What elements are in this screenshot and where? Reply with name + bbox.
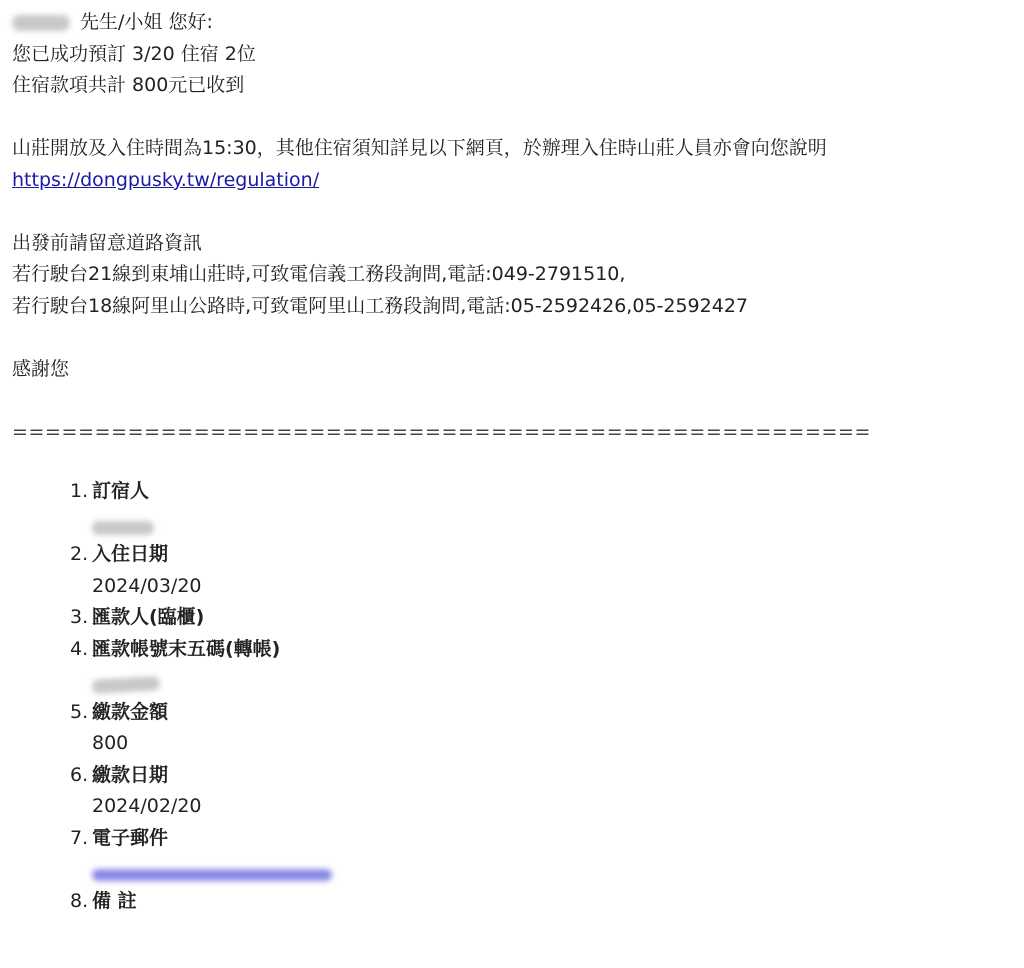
booking-summary-line: 您已成功預訂 3/20 住宿 2位 xyxy=(12,39,1012,71)
item-value: 2024/03/20 xyxy=(92,571,332,603)
item-label: 匯款帳號末五碼(轉帳) xyxy=(92,634,332,666)
spacer xyxy=(12,196,1012,228)
divider-line: ========================================… xyxy=(12,417,1012,449)
greeting-line: 先生/小姐 您好: xyxy=(12,7,1012,39)
item-label: 繳款日期 xyxy=(92,760,332,792)
spacer xyxy=(12,385,1012,417)
item-number: 3. xyxy=(70,602,88,634)
item-number: 2. xyxy=(70,539,88,571)
detail-item-checkin-date: 2. 入住日期 2024/03/20 xyxy=(70,539,332,602)
regulation-link[interactable]: https://dongpusky.tw/regulation/ xyxy=(12,169,319,191)
item-number: 4. xyxy=(70,634,88,666)
item-number: 7. xyxy=(70,823,88,855)
item-number: 6. xyxy=(70,760,88,792)
road-info-route-21: 若行駛台21線到東埔山莊時,可致電信義工務段詢問,電話:049-2791510, xyxy=(12,259,1012,291)
payment-summary-line: 住宿款項共計 800元已收到 xyxy=(12,70,1012,102)
item-number: 1. xyxy=(70,476,88,508)
closing-thanks: 感謝您 xyxy=(12,354,1012,386)
item-value xyxy=(92,508,332,540)
item-value xyxy=(92,665,332,697)
item-value: 800 xyxy=(92,728,332,760)
spacer xyxy=(12,322,1012,354)
detail-item-remitter: 3. 匯款人(臨櫃) xyxy=(70,602,332,634)
item-value: 2024/02/20 xyxy=(92,791,332,823)
detail-item-amount: 5. 繳款金額 800 xyxy=(70,697,332,760)
item-label: 匯款人(臨櫃) xyxy=(92,602,332,634)
regulation-link-line: https://dongpusky.tw/regulation/ xyxy=(12,165,1012,197)
spacer xyxy=(12,102,1012,134)
email-body: 先生/小姐 您好: 您已成功預訂 3/20 住宿 2位 住宿款項共計 800元已… xyxy=(12,7,1012,448)
road-info-heading: 出發前請留意道路資訊 xyxy=(12,228,1012,260)
road-info-route-18: 若行駛台18線阿里山公路時,可致電阿里山工務段詢問,電話:05-2592426,… xyxy=(12,291,1012,323)
redacted-email-link[interactable] xyxy=(92,869,332,881)
item-label: 入住日期 xyxy=(92,539,332,571)
redacted-recipient-name xyxy=(12,15,70,31)
item-label: 備 註 xyxy=(92,886,332,918)
item-value xyxy=(92,854,332,886)
detail-item-account-last5: 4. 匯款帳號末五碼(轉帳) xyxy=(70,634,332,697)
item-label: 繳款金額 xyxy=(92,697,332,729)
detail-item-remarks: 8. 備 註 xyxy=(70,886,332,918)
detail-item-email: 7. 電子郵件 xyxy=(70,823,332,886)
checkin-info: 山莊開放及入住時間為15:30，其他住宿須知詳見以下網頁，於辦理入住時山莊人員亦… xyxy=(12,133,1012,165)
salutation: 先生/小姐 您好: xyxy=(80,11,213,33)
item-label: 訂宿人 xyxy=(92,476,332,508)
detail-item-booker: 1. 訂宿人 xyxy=(70,476,332,539)
item-number: 8. xyxy=(70,886,88,918)
item-label: 電子郵件 xyxy=(92,823,332,855)
booking-details-list: 1. 訂宿人 2. 入住日期 2024/03/20 3. 匯款人(臨櫃) 4. … xyxy=(70,476,332,917)
item-number: 5. xyxy=(70,697,88,729)
redacted-account-number xyxy=(92,676,161,694)
detail-item-payment-date: 6. 繳款日期 2024/02/20 xyxy=(70,760,332,823)
redacted-booker-name xyxy=(92,521,154,535)
